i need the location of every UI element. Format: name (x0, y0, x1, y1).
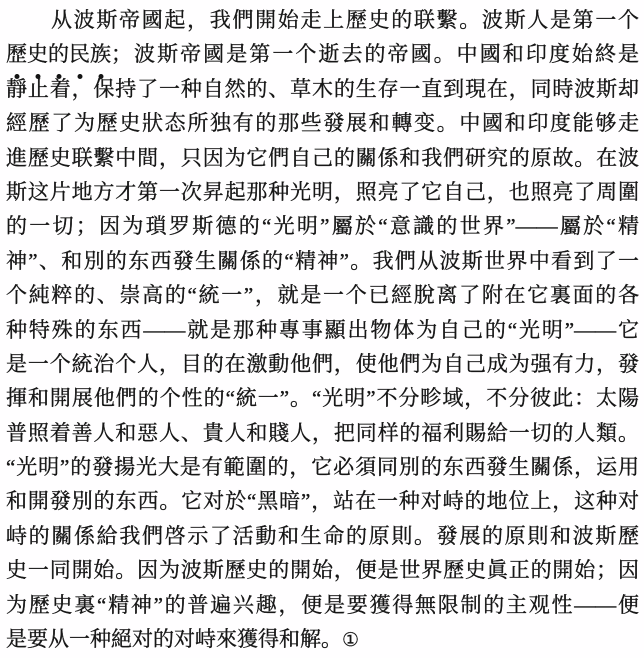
text-line-18: 为歷史裏“精神”的普遍兴趣，便是要獲得無限制的主观性——便 (6, 588, 639, 622)
text-line-4: 經歷了为歷史狀态所独有的那些發展和轉变。中國和印度能够走 (6, 106, 639, 140)
text-line-14: “光明”的發揚光大是有範圍的，它必須同別的东西發生關係，运用 (6, 450, 639, 484)
page-text: 从波斯帝國起，我們開始走上歷史的联繫。波斯人是第一个歷史的民族；波斯帝國是第一个… (6, 3, 639, 656)
text-line-2: 歷史的民族；波斯帝國是第一个逝去的帝國。中國和印度始終是 (6, 37, 639, 71)
emphasized-text: 歷史的民族 (6, 42, 111, 66)
text-line-11: 是一个統治个人，目的在激動他們，使他們为自己成为强有力，發 (6, 347, 639, 381)
text-line-19: 是要从一种絕对的对峙來獲得和解。① (6, 622, 639, 656)
text-line-7: 的一切；因为瑣罗斯德的“光明”屬於“意識的世界”——屬於“精 (6, 209, 639, 243)
text-line-15: 和開發別的东西。它对於“黑暗”，站在一种对峙的地位上，这种对 (6, 484, 639, 518)
text-line-16: 峙的關係給我們啓示了活動和生命的原則。發展的原則和波斯歷 (6, 519, 639, 553)
text-line-1: 从波斯帝國起，我們開始走上歷史的联繫。波斯人是第一个 (6, 3, 639, 37)
text-line-12: 揮和開展他們的个性的“統一”。“光明”不分畛域，不分彼此：太陽 (6, 381, 639, 415)
text-line-10: 种特殊的东西——就是那种專事顯出物体为自己的“光明”——它 (6, 313, 639, 347)
text-line-8: 神”、和別的东西發生關係的“精神”。我們从波斯世界中看到了一 (6, 244, 639, 278)
book-page: 从波斯帝國起，我們開始走上歷史的联繫。波斯人是第一个歷史的民族；波斯帝國是第一个… (0, 0, 644, 658)
text-line-17: 史一同開始。因为波斯歷史的開始，便是世界歷史眞正的開始；因 (6, 553, 639, 587)
text-line-5: 進歷史联繫中間，只因为它們自己的關係和我們研究的原故。在波 (6, 141, 639, 175)
text-line-9: 个純粹的、崇高的“統一”，就是一个已經脫离了附在它裏面的各 (6, 278, 639, 312)
footnote-marker: ① (342, 624, 359, 658)
text-line-13: 普照着善人和惡人、貴人和賤人，把同样的福利賜給一切的人類。 (6, 416, 639, 450)
text-line-6: 斯这片地方才第一次昇起那种光明，照亮了它自己，也照亮了周圍 (6, 175, 639, 209)
